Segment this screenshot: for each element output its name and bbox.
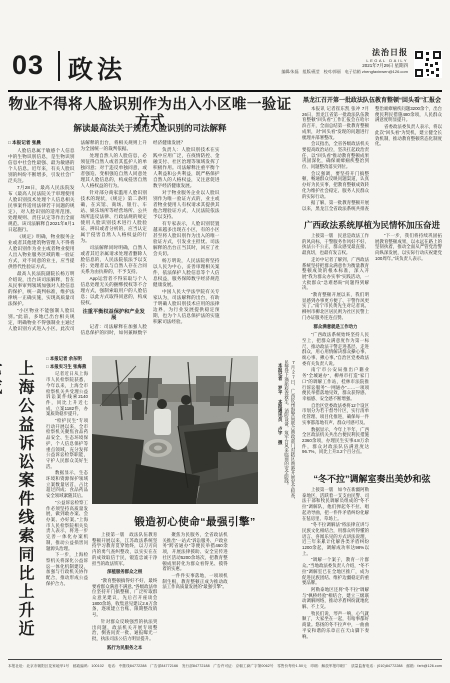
article-paragraph: “教育整顿开展以来，我们明显感到办事更方便了、干警作风更实了。”南宁市民黄先生对… bbox=[302, 292, 369, 321]
section-title: 政法 bbox=[68, 50, 126, 86]
harbor-inspection-photo-illustration bbox=[92, 356, 258, 504]
engine-article-body: 上接第一版 政法队伍教育整顿开展以来，江苏政法系统坚持学习教育贯穿始终，以刀刃向… bbox=[92, 532, 298, 654]
article-paragraph: 群众满意就是工作动力 bbox=[302, 324, 369, 330]
guangxi-body: 上接第一版 民意是政法工作的风向标，干警服务作风好不好、执法公不公正，群众感受最… bbox=[302, 233, 442, 465]
page-number: 03 bbox=[12, 50, 44, 81]
article-paragraph: 省委政法委负责人表示，将以此次“回头看”为契机，建立健全长效机制，推动教育整顿常… bbox=[375, 124, 442, 147]
article-paragraph: □ 本报记者 余东明 bbox=[46, 356, 88, 362]
newspaper-page: 03 政法 法治日报 LEGAL DAILY 2021年7月29日 星期四 编辑… bbox=[0, 0, 450, 683]
article-paragraph: 下一步，上海检察机关将深化公益诉讼一体化机制建设，加强与行政机关协作配合，推动形… bbox=[46, 552, 88, 586]
article-paragraph: 践行为民服务之本 bbox=[92, 645, 157, 651]
photo-caption-text: 7月27日，广西钦州海警局联合渔政部门对辖区渔港开展安全检查，民警登上渔船检查救… bbox=[285, 360, 296, 502]
masthead: 法治日报 bbox=[281, 48, 408, 58]
dombra-body: 上接第一版 如今在新疆阿勒泰地区，活跃着一支支由民警、司法干部和牧民调解员组成的… bbox=[302, 487, 442, 653]
article-paragraph: 本报讯 记者崔东凯 张冲 7月26日，黑龙江省第一批政法队伍教育整顿“回头看”工… bbox=[302, 106, 369, 140]
article-paragraph: 一件件实事落地，一项项机制生根，教育整顿正成为推动政法工作高质量发展的“最强引擎… bbox=[162, 573, 227, 590]
article-paragraph: 人脸信息属于敏感个人信息中的生物识别信息，是生物识别信息中社会性最强、最为敏感的… bbox=[8, 148, 75, 184]
article-paragraph: 会议强调，要坚持开门搞整顿，畅通群众反映问题渠道，认真办好为民实事，把教育整顿成… bbox=[302, 171, 369, 200]
article-paragraph: 聚焦为民服务，全省政法机关推出“一站式”诉讼服务、户政业务“跨省通办”等便民举措… bbox=[162, 532, 227, 572]
article-paragraph: 深植服务群众之根 bbox=[92, 569, 157, 575]
article-paragraph: “下一步，我们将持续巩固拓展教育整顿成果，以永远在路上的坚韧执着，推动全面从严管… bbox=[375, 233, 442, 262]
article-paragraph: 数据显示，生态环境和资源保护领域立案数量居首，占比超过四成；食品药品安全领域紧随… bbox=[46, 470, 88, 499]
shanghai-article-body: □ 本报记者 余东明□ 本报实习生 张海燕记者近日从上海市人民检察院获悉，今年以… bbox=[46, 356, 88, 654]
article-paragraph: “广西政法系统始终坚持人民至上，把群众满意度作为第一标尺，推动政法干警走进基层、… bbox=[302, 332, 369, 366]
article-paragraph: □ 本报记者 张晨 bbox=[8, 140, 75, 146]
article-paragraph: 对于物业服务企业以人脸识别作为唯一验证方式的，业主或者物业使用人有权请求其提供其… bbox=[153, 190, 220, 220]
guangxi-headline: 广西政法系统厚植为民情怀加压奋进 bbox=[302, 219, 442, 231]
article-paragraph: “调解一个案子，教育一片群众。”当地政法委负责人介绍，“冬不拉”调解室已在全地区… bbox=[302, 557, 369, 586]
article-paragraph: 南宁市公安局推出户籍业务“全城通办”，柳州市打造“家门口”的调解工作站，桂林市法… bbox=[302, 367, 369, 401]
dombra-headline: “冬不拉”调解室奏出美妙和弦 bbox=[302, 472, 442, 485]
article-paragraph: 记者近日从上海市人民检察院获悉，今年以来，上海全市检察机关共受理公益诉讼案件线索… bbox=[46, 371, 88, 417]
article-paragraph: 处理自然人的人脸信息，必须征得自然人或者其监护人的单独同意；对于违反单独同意，或… bbox=[81, 153, 148, 189]
masthead-block: 法治日报 LEGAL DAILY 2021年7月29日 星期四 编辑/朱磊 组版… bbox=[281, 48, 408, 74]
header-rule bbox=[8, 90, 442, 92]
article-paragraph: 负责人：人脸识别技术在实践中应用广泛，在疫情防控、金融支付、社区治理等领域发挥了… bbox=[153, 147, 220, 189]
article-paragraph: □ 本报实习生 张海燕 bbox=[46, 364, 88, 370]
article-paragraph: 上接第一版 政法队伍教育整顿开展以来，江苏政法系统坚持学习教育贯穿始终，以刀刃向… bbox=[92, 532, 157, 566]
main-subheadline: 解读最高法关于规范人脸识别的司法解释 bbox=[8, 122, 292, 134]
article-paragraph: 上接第一版 民意是政法工作的风向标，干警服务作风好不好、执法公不公正，群众感受最… bbox=[302, 233, 369, 256]
article-paragraph: 有专家表示，人脸识别装置越来越多出现在小区，有的小区甚至将人脸识别作为出入的唯一… bbox=[153, 221, 220, 257]
article-paragraph: “检护民生”专项行动开展以来，全市检察机关聚焦食品药品安全、生态环境保护、个人信… bbox=[46, 418, 88, 469]
qr-code-icon bbox=[414, 50, 442, 78]
article-paragraph: 《规定》明确，物业服务企业或者其他建筑物管理人不得将人脸识别作为业主或者物业使用… bbox=[8, 234, 75, 270]
staff-line: 编辑/朱磊 组版/燕莹 校对/郭丽 电子信箱 zhengfaxinwen@126… bbox=[281, 69, 408, 74]
footer-rule bbox=[8, 659, 442, 660]
heilongjiang-headline: 黑龙江召开第一批政法队伍教育整顿“回头看”汇报会 bbox=[302, 95, 442, 104]
article-paragraph: 牧民们说，琴声一响，心气就顺了，大家坐在一起，有啥事都好商量。悠扬的冬不拉声中，… bbox=[302, 611, 369, 640]
article-paragraph: 阿勒泰地区还将“冬不拉”调解与“枫桥经验”相结合，建立三级联动调解网络，推动矛盾… bbox=[302, 587, 369, 610]
page-header: 03 政法 法治日报 LEGAL DAILY 2021年7月29日 星期四 编辑… bbox=[10, 48, 442, 86]
article-paragraph: 最高人民法院副院长杨万明介绍说，出台该司法解释，旨在从民事审判领域加强对人脸信息… bbox=[8, 271, 75, 307]
shanghai-vertical-headline: 上海公益诉讼案件线索同比上升近七成 bbox=[8, 360, 40, 638]
article-paragraph: 司法解释同时明确，自然人或者其近亲属请求处理者删除人脸信息的，人民法院依法予以支… bbox=[81, 245, 148, 275]
article-paragraph: 中国人民大学法学院有关专家认为，司法解释的出台，有助于明确人脸识别技术应用的法律… bbox=[153, 289, 220, 325]
article-paragraph: 注重平衡权益保护和产业发展 bbox=[81, 309, 148, 321]
article-paragraph: 自治区党委政法委将12个设区市划分为若干督导片区，实行清单化管理、项目化推进，确… bbox=[302, 403, 369, 426]
photo-credit: 本报记者 罗平 本报通讯员 卢宇 摄 bbox=[277, 363, 283, 502]
article-paragraph: 会议指出，全省各级政法机关要提高政治站位，坚决扛起政治责任，以“回头看”推动教育… bbox=[302, 141, 369, 170]
footer-imprint: 本报社址：北京市朝阳区花家地甲1号 邮政编码：100102 电话：中继线8477… bbox=[4, 664, 446, 669]
article-paragraph: 数据显示，今年上半年，广西全区政法机关共出台便民利民措施2360余项，办理民生实… bbox=[302, 427, 369, 456]
article-paragraph: App运营者不得采取与个人信息处理无关的捆绑授权等不合理方式，强制索取用户的人脸… bbox=[81, 276, 148, 306]
engine-article-headline: 锻造初心使命“最强引擎” bbox=[92, 514, 298, 529]
article-paragraph: 杨万明说，人民法院将坚持以人民为中心，妥善审理相关案件，依法保护人脸信息等个人信… bbox=[153, 258, 220, 288]
heilongjiang-body: 本报讯 记者崔东凯 张冲 7月26日，黑龙江省第一批政法队伍教育整顿“回头看”工… bbox=[302, 106, 442, 212]
main-article-body: □ 本报记者 张晨人脸信息属于敏感个人信息中的生物识别信息，是生物识别信息中社会… bbox=[8, 140, 292, 338]
article-paragraph: 走访中记者了解到，广西政法系统坚持把群众满意作为衡量教育整顿成效的根本标准，深入… bbox=[302, 257, 369, 291]
photo-caption: 7月27日，广西钦州海警局联合渔政部门对辖区渔港开展安全检查，民警登上渔船检查救… bbox=[262, 360, 296, 502]
header-divider bbox=[58, 51, 60, 81]
article-paragraph: 针对部分商家滥用人脸识别技术的现状，《规定》第二条明确，在宾馆、商场、银行、车站… bbox=[81, 190, 148, 244]
article-paragraph: 7月28日，最高人民法院发布《最高人民法院关于审理使用人脸识别技术处理个人信息相… bbox=[8, 185, 75, 233]
article-paragraph: “冬不拉调解法”将法律宣讲与民族文化相结合，用群众听得懂的语言、喜闻乐见的方式讲… bbox=[302, 522, 369, 556]
news-photo bbox=[92, 356, 258, 504]
article-paragraph: “教育整顿搞得好不好，最终要看群众满意不满意。”各级政法单位坚持开门搞整顿，广泛… bbox=[92, 578, 157, 618]
article-paragraph: “公益诉讼检察工作必须坚持高质量发展，做到敢办案、会办案、办好案。”上海市人民检… bbox=[46, 500, 88, 551]
article-paragraph: 针对群众反映强烈的执法突出问题，政法机关开展专项整治，倒查问责一批、通报曝光一批… bbox=[92, 619, 157, 642]
article-paragraph: 上接第一版 如今在新疆阿勒泰地区，活跃着一支支由民警、司法干部和牧民调解员组成的… bbox=[302, 487, 369, 521]
